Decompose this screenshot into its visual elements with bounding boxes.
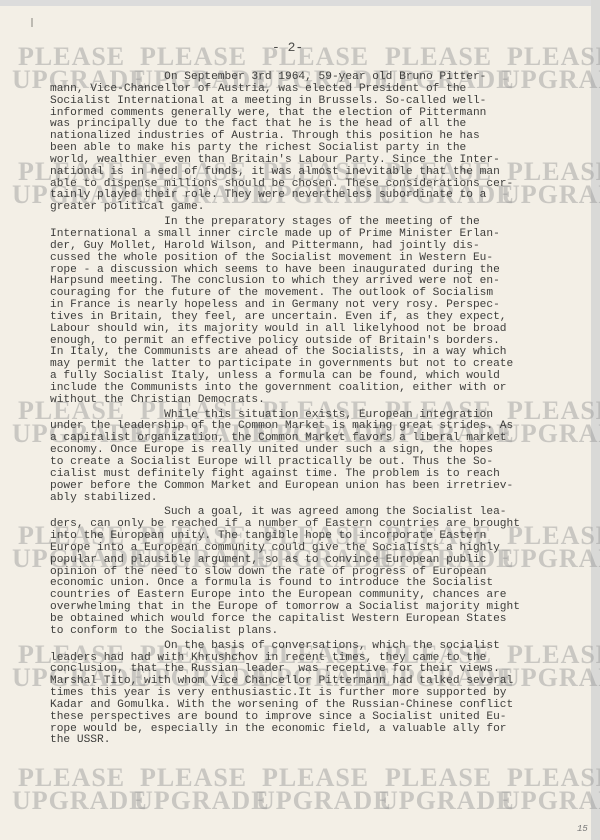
document-body: On September 3rd 1964, 59-year old Bruno… [50,72,575,750]
text-line: Labour should win, its majority would in… [50,324,575,336]
text-line: tives in Britain, they feel, are uncerta… [50,312,575,324]
text-line: include the Communists into the governme… [50,383,575,395]
text-line: world, wealthier even than Britain's Lab… [50,155,575,167]
text-line: popular and plausible argument, so as to… [50,555,575,567]
corner-stamp: 15 [577,824,588,834]
page-number: - 2- [272,40,303,55]
text-line: cussed the whole position of the Sociali… [50,253,575,265]
text-line: Europe into a European community could g… [50,543,575,555]
paragraph: On the basis of conversations, which the… [50,641,575,748]
text-line: power before the Common Market and Europ… [50,481,575,493]
text-line: Kadar and Gomulka. With the worsening of… [50,700,575,712]
text-line: cialist must definitely fight against ti… [50,469,575,481]
text-line: to conform to the Socialist plans. [50,626,575,638]
text-line: the USSR. [50,735,575,747]
text-line: der, Guy Mollet, Harold Wilson, and Pitt… [50,241,575,253]
text-line: ably stabilized. [50,493,575,505]
paragraph: While this situation exists, European in… [50,410,575,505]
paragraph: In the preparatory stages of the meeting… [50,217,575,407]
text-line: On the basis of conversations, which the… [50,641,575,653]
paragraph: Such a goal, it was agreed among the Soc… [50,507,575,637]
scan-right-edge [591,0,600,840]
text-line: these perspectives are bound to improve … [50,712,575,724]
text-line: rope would be, especially in the economi… [50,724,575,736]
margin-mark [31,18,33,27]
text-line: national is in need of funds, it was alm… [50,167,575,179]
text-line: Socialist International at a meeting in … [50,96,575,108]
text-line: without the Christian Democrats. [50,395,575,407]
paragraph: On September 3rd 1964, 59-year old Bruno… [50,72,575,214]
text-line: greater political game. [50,202,575,214]
text-line: mann, Vice-Chancellor of Austria, was el… [50,84,575,96]
